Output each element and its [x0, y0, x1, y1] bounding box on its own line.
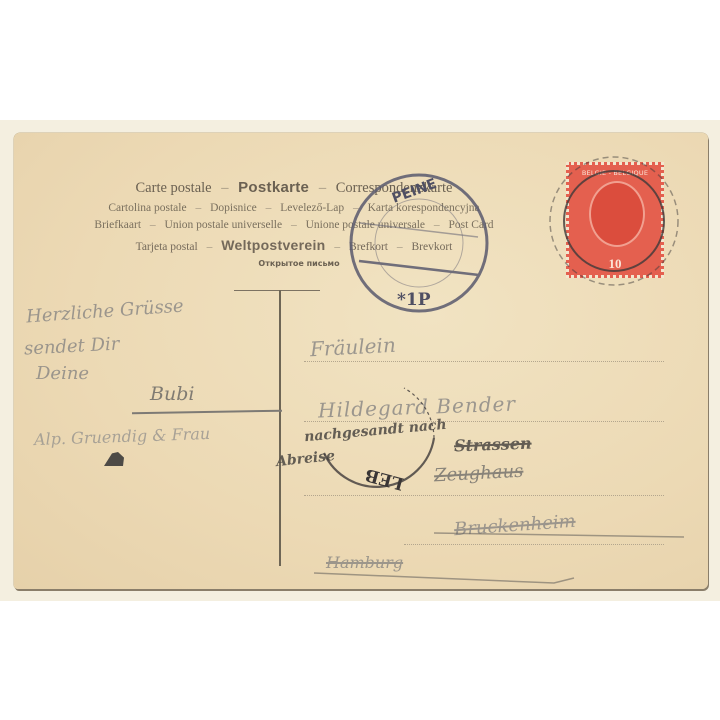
postcard: Carte postale – Postkarte – Corresponden…	[14, 133, 708, 589]
postmark-town: PEINE	[390, 176, 439, 207]
postmarks: PEINE *1P LEB	[14, 133, 708, 589]
postmark-value: *1P	[397, 290, 431, 310]
postmark-stamp-cancel	[550, 157, 678, 285]
postmark-bottom-text: LEB	[363, 464, 406, 493]
